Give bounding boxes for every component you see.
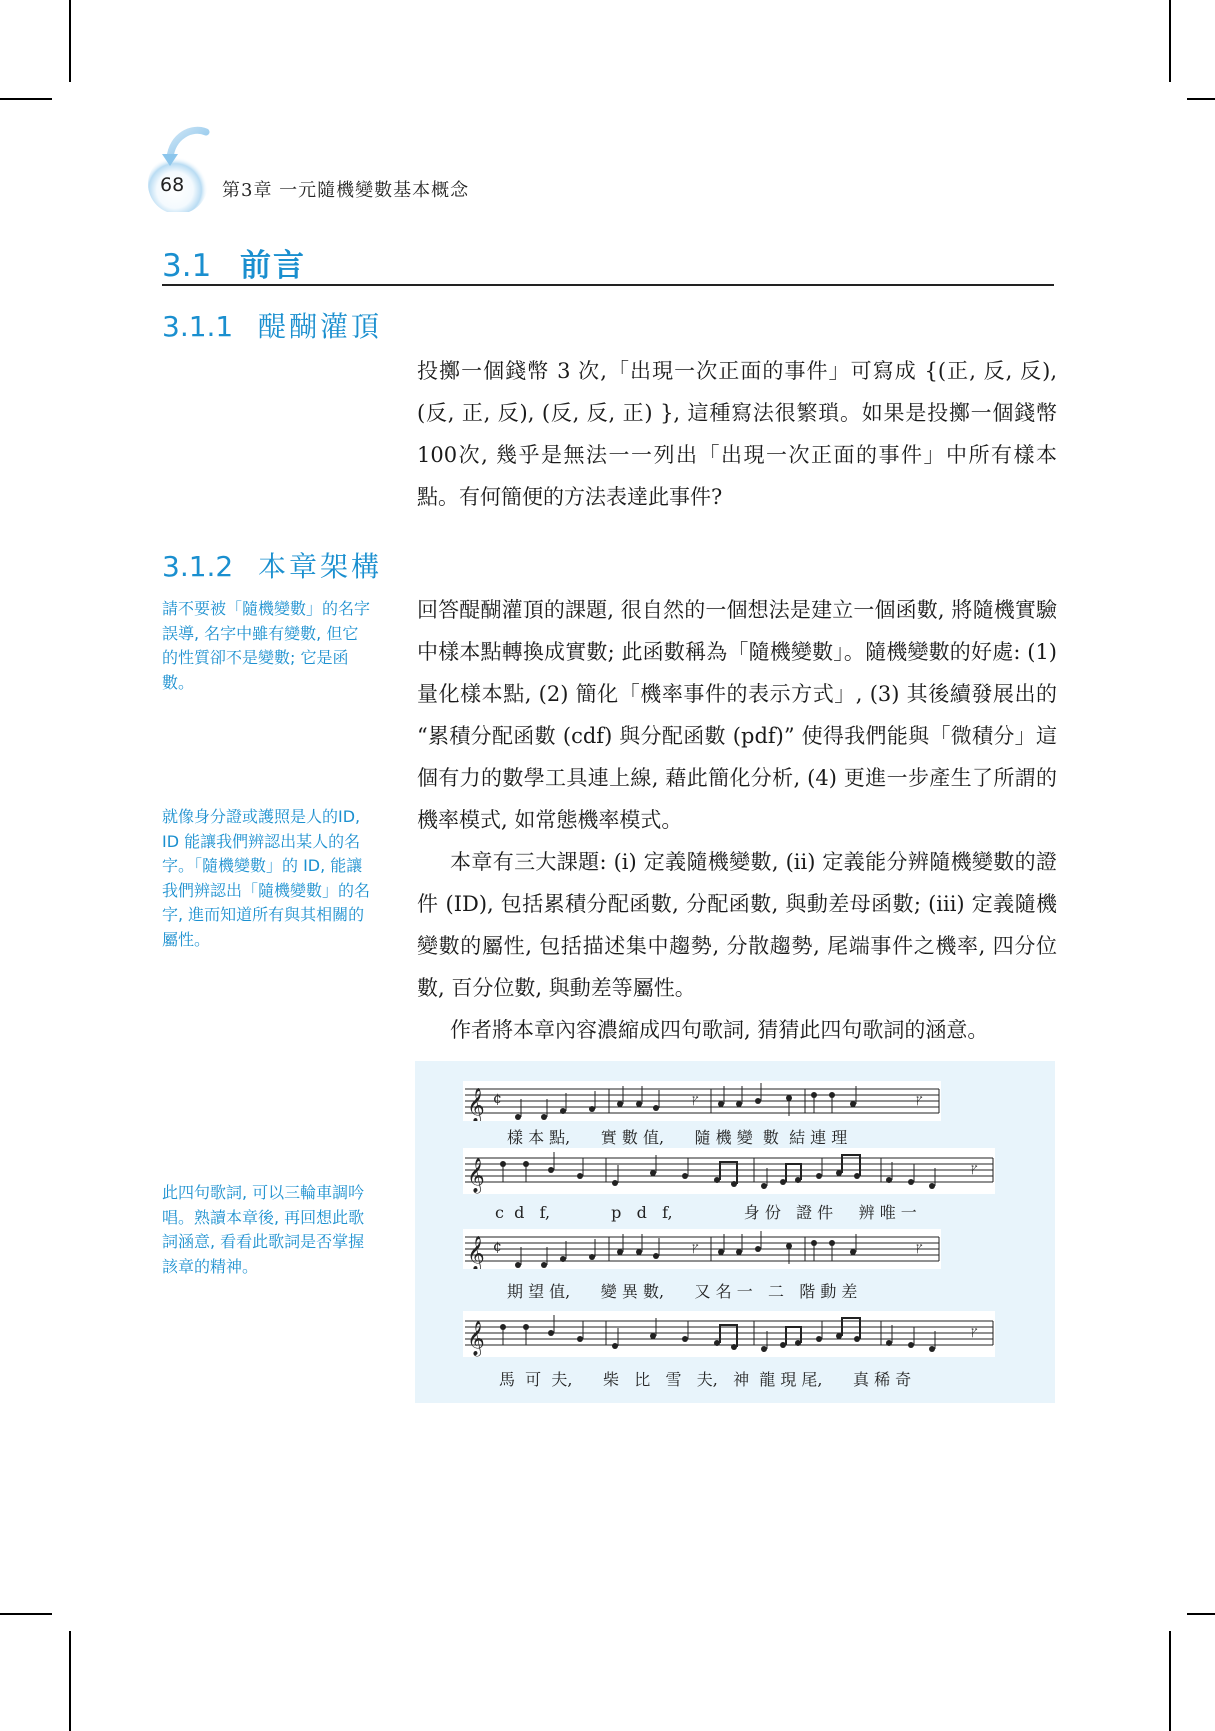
svg-text:¢: ¢ <box>493 1091 502 1107</box>
sidenote: 此四句歌詞, 可以三輪車調吟唱。熟讀本章後, 再回想此歌詞涵意, 看看此歌詞是否… <box>162 1181 372 1279</box>
crop-mark <box>1187 1613 1215 1615</box>
section-number: 3.1 <box>162 248 240 284</box>
svg-text:𝄞: 𝄞 <box>467 1088 485 1121</box>
song-lyric: c d f, p d f, 身 份 證 件 辨 唯 一 <box>495 1200 917 1223</box>
sidenote: 請不要被「隨機變數」的名字誤導, 名字中雖有變數, 但它的性質卻不是變數; 它是… <box>162 597 372 695</box>
sidenote: 就像身分證或護照是人的ID, ID 能讓我們辨認出某人的名字。「隨機變數」的 I… <box>162 805 372 952</box>
paragraph: 作者將本章內容濃縮成四句歌詞, 猜猜此四句歌詞的涵意。 <box>417 1009 1057 1051</box>
music-staff: 𝄞 ץ <box>463 1148 995 1194</box>
subsection-title: 醍醐灌頂 <box>258 310 382 343</box>
section-rule <box>162 284 1054 286</box>
svg-text:ץ: ץ <box>692 1092 699 1106</box>
svg-text:𝄞: 𝄞 <box>467 1321 485 1357</box>
svg-text:ץ: ץ <box>916 1240 923 1254</box>
crop-mark <box>1169 1631 1171 1731</box>
subsection-number: 3.1.2 <box>162 550 258 583</box>
svg-text:ץ: ץ <box>971 1161 978 1175</box>
svg-text:ץ: ץ <box>916 1092 923 1106</box>
svg-text:ץ: ץ <box>971 1324 978 1338</box>
subsection-heading: 3.1.2本章架構 <box>162 545 382 585</box>
music-staff: 𝄞 ¢ ץ ץ <box>463 1081 941 1121</box>
paragraph: 投擲一個錢幣 3 次,「出現一次正面的事件」可寫成 {(正, 反, 反), (反… <box>417 350 1057 518</box>
subsection-title: 本章架構 <box>258 550 382 583</box>
subsection-number: 3.1.1 <box>162 310 258 343</box>
paragraph: 本章有三大課題: (i) 定義隨機變數, (ii) 定義能分辨隨機變數的證件 (… <box>417 841 1057 1009</box>
svg-text:¢: ¢ <box>493 1239 502 1255</box>
crop-mark <box>69 1631 71 1731</box>
crop-mark <box>1187 98 1215 100</box>
body-paragraphs: 回答醍醐灌頂的課題, 很自然的一個想法是建立一個函數, 將隨機實驗中樣本點轉換成… <box>417 589 1057 1051</box>
svg-text:𝄞: 𝄞 <box>467 1158 485 1194</box>
running-head: 第3章 一元隨機變數基本概念 <box>222 176 469 202</box>
section-heading: 3.1前言 <box>162 240 306 285</box>
body-paragraphs: 投擲一個錢幣 3 次,「出現一次正面的事件」可寫成 {(正, 反, 反), (反… <box>417 350 1057 518</box>
song-lyric: 期 望 值, 變 異 數, 又 名 一 二 階 動 差 <box>507 1279 857 1302</box>
music-staff: 𝄞 ¢ ץ ץ <box>463 1229 941 1269</box>
section-title: 前言 <box>240 248 306 284</box>
paragraph: 回答醍醐灌頂的課題, 很自然的一個想法是建立一個函數, 將隨機實驗中樣本點轉換成… <box>417 589 1057 841</box>
song-lyric: 樣 本 點, 實 數 值, 隨 機 變 數 結 連 理 <box>507 1125 847 1148</box>
music-staff: 𝄞 ץ <box>463 1311 995 1357</box>
page-number: 68 <box>160 174 184 196</box>
song-lyric: 馬 可 夫, 柴 比 雪 夫, 神 龍 現 尾, 真 稀 奇 <box>499 1367 911 1390</box>
svg-text:ץ: ץ <box>692 1240 699 1254</box>
song-score: 𝄞 ¢ ץ ץ 樣 本 點, 實 數 值, <box>415 1061 1055 1403</box>
crop-mark <box>0 98 52 100</box>
subsection-heading: 3.1.1醍醐灌頂 <box>162 305 382 345</box>
crop-mark <box>1169 0 1171 82</box>
crop-mark <box>69 0 71 82</box>
svg-text:𝄞: 𝄞 <box>467 1236 485 1269</box>
crop-mark <box>0 1613 52 1615</box>
